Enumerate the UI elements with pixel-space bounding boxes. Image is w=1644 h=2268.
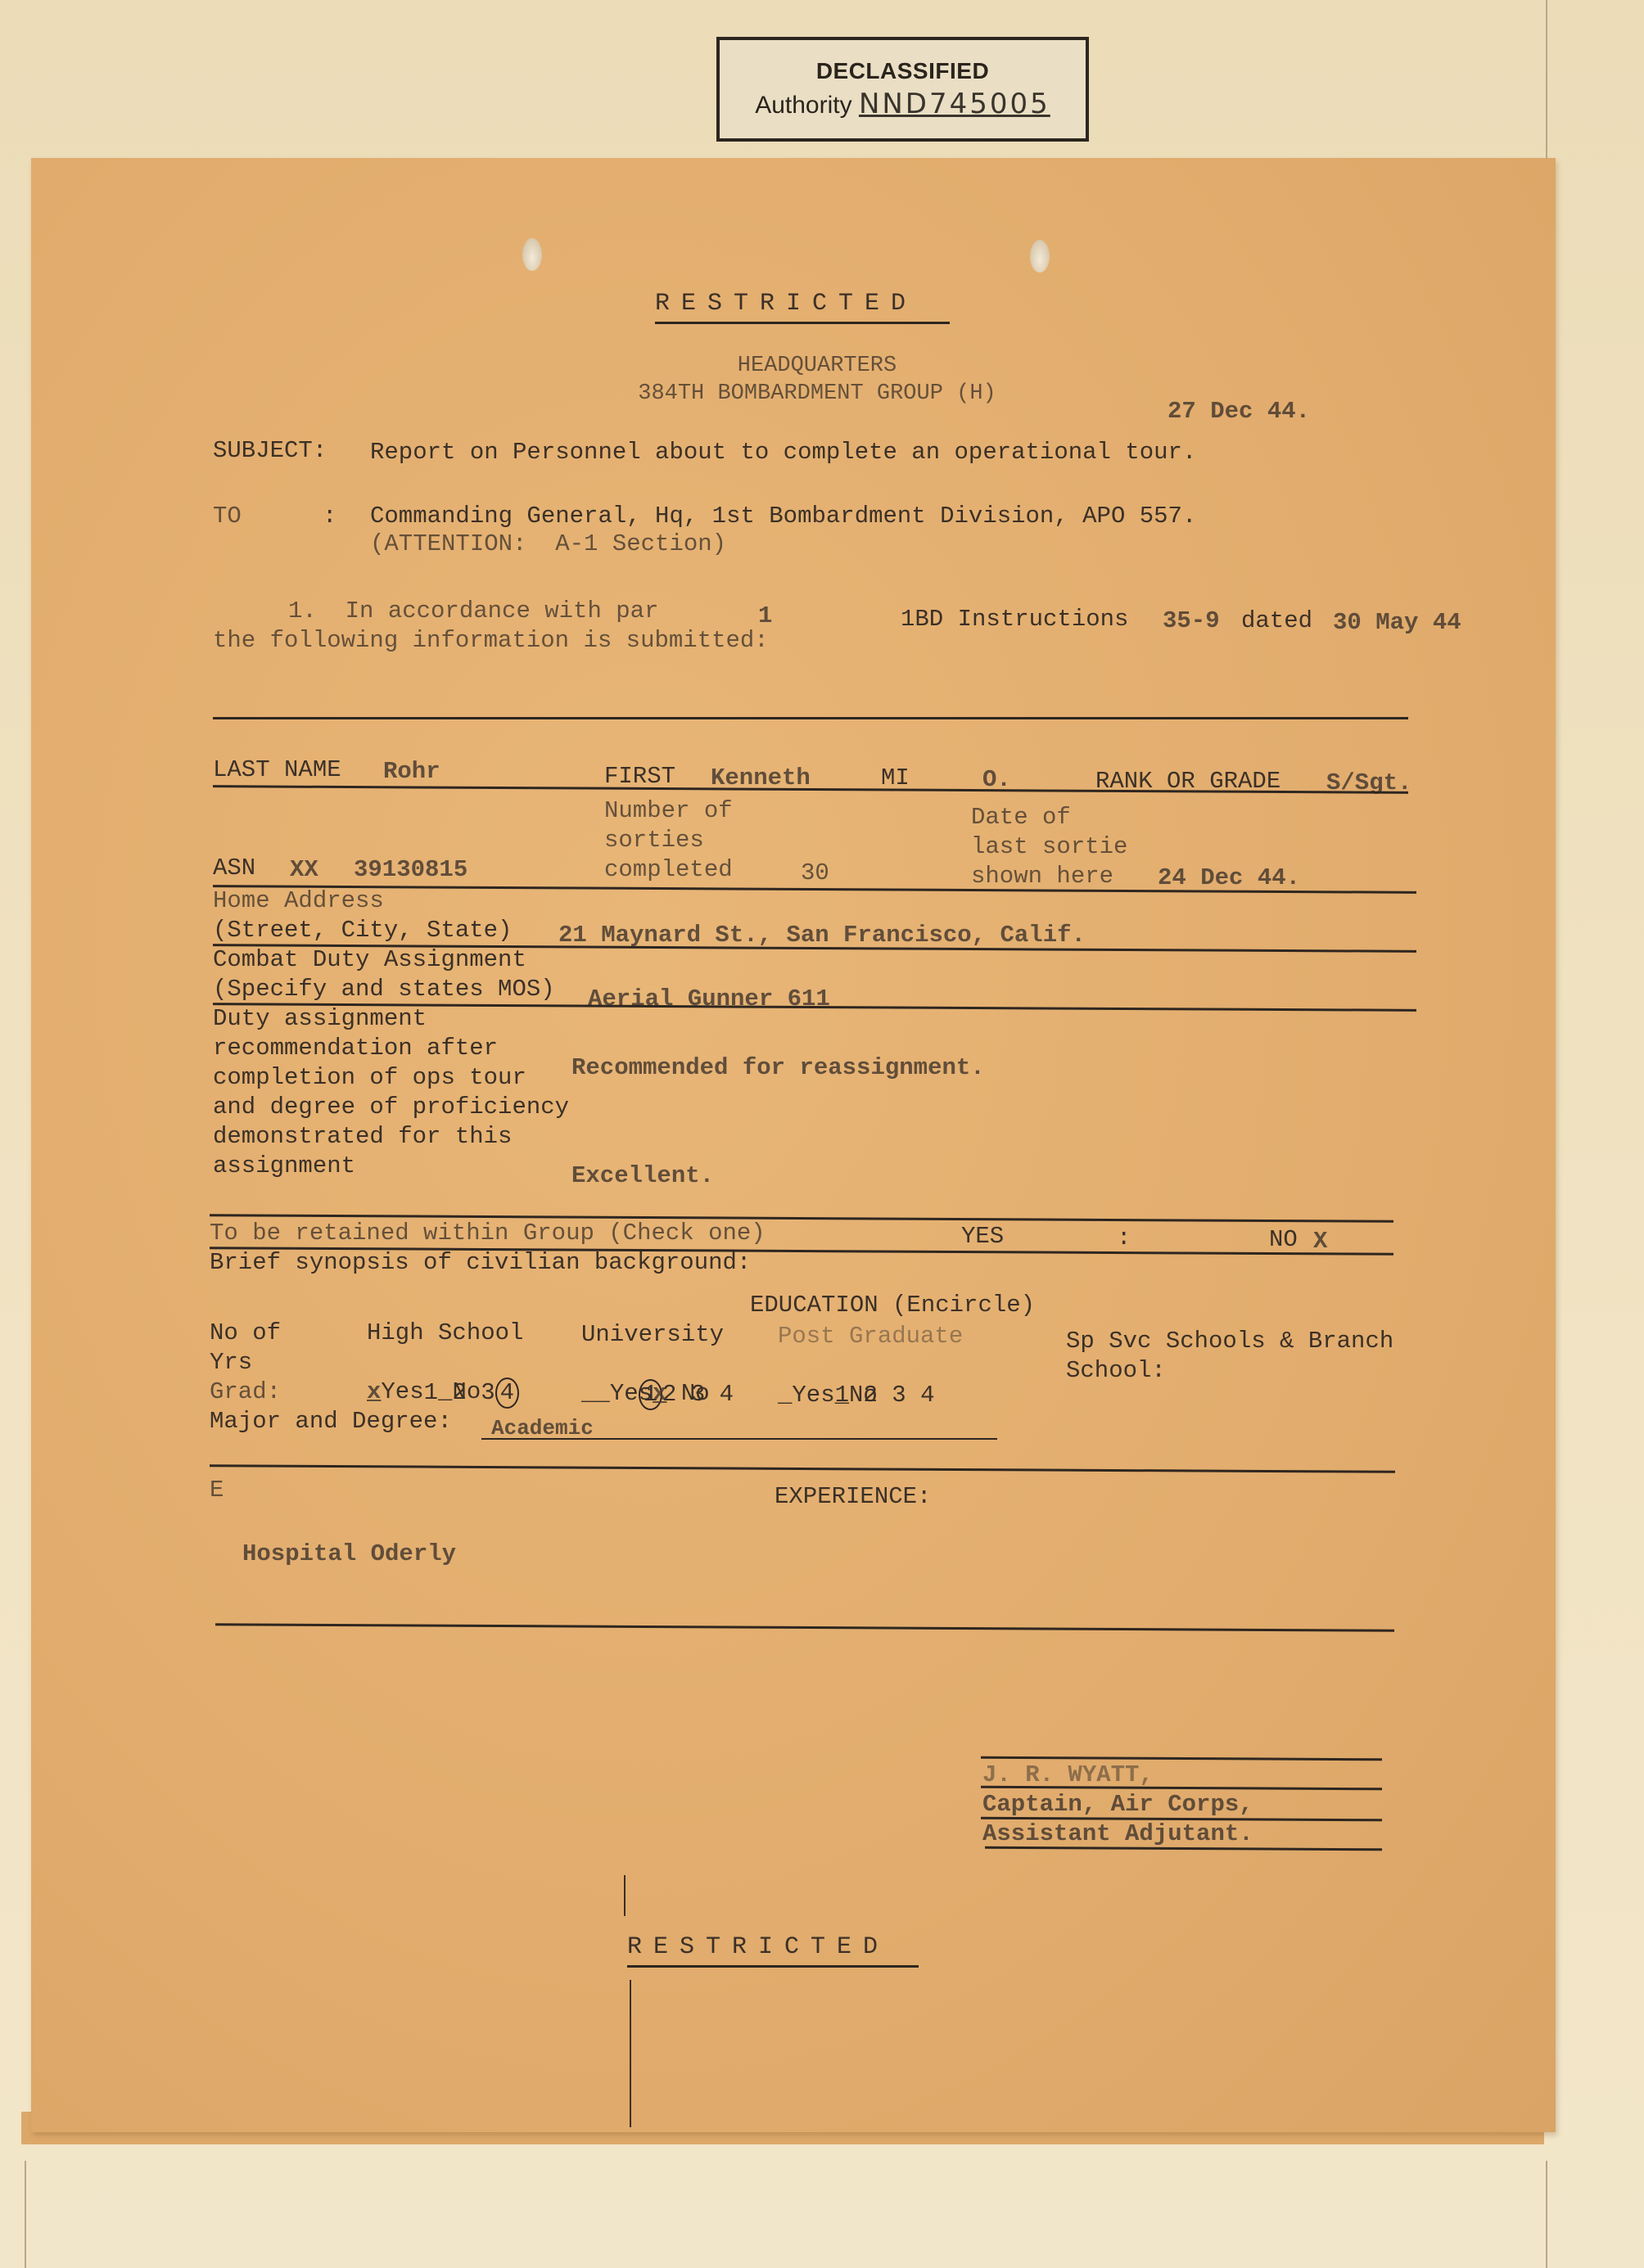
education-title: EDUCATION (Encircle) <box>750 1291 1035 1320</box>
pg-grad: _Yes_No <box>778 1381 878 1410</box>
experience-top-rule <box>210 1464 1395 1473</box>
high-school-label: High School <box>367 1319 523 1348</box>
org-line-1: HEADQUARTERS <box>653 351 981 381</box>
asn-label: ASN <box>213 854 255 883</box>
duty-label-6: assignment <box>213 1152 355 1181</box>
experience-value: Hospital Oderly <box>242 1540 456 1569</box>
punch-hole <box>1030 240 1050 273</box>
signature-title-1: Captain, Air Corps, <box>982 1790 1253 1819</box>
footer-underline <box>627 1965 919 1968</box>
pg-year-3: 3 <box>892 1382 906 1409</box>
combat-duty-value: Aerial Gunner 611 <box>588 985 830 1014</box>
combat-duty-label-2: (Specify and states MOS) <box>213 975 555 1004</box>
sorties-label-3: completed <box>604 855 733 885</box>
sorties-value: 30 <box>801 859 829 888</box>
stamp-title: DECLASSIFIED <box>720 58 1086 84</box>
last-name-value: Rohr <box>383 757 440 787</box>
duty-label-1: Duty assignment <box>213 1004 427 1034</box>
stamp-authority-label: Authority <box>755 92 851 119</box>
univ-grad-no-label: No <box>681 1380 710 1407</box>
org-line-2: 384TH BOMBARDMENT GROUP (H) <box>571 379 1063 408</box>
univ-grad-no-mark: x <box>653 1380 666 1407</box>
hs-grad-yes-label: Yes <box>381 1378 423 1405</box>
last-name-label: LAST NAME <box>213 755 341 785</box>
signature-rule-4 <box>985 1846 1382 1851</box>
stamp-authority: Authority NND745005 <box>720 88 1086 120</box>
experience-label: EXPERIENCE: <box>775 1482 931 1512</box>
university-label: University <box>581 1320 724 1350</box>
backing-edge-line <box>1546 0 1547 176</box>
form-top-rule <box>213 717 1408 719</box>
asn-value: 39130815 <box>354 855 467 885</box>
signature-title-2: Assistant Adjutant. <box>982 1819 1253 1849</box>
classification-underline <box>655 322 950 324</box>
stamp-authority-value: NND745005 <box>859 88 1050 120</box>
recommendation-value: Recommended for reassignment. <box>571 1053 985 1083</box>
sorties-label-1: Number of <box>604 796 733 826</box>
retain-yes-label: YES <box>961 1222 1004 1251</box>
classification-header: RESTRICTED <box>655 289 917 318</box>
hs-year-3: 3 <box>481 1379 495 1406</box>
document-date: 27 Dec 44. <box>1168 397 1310 426</box>
experience-e-marker: E <box>210 1476 224 1505</box>
post-graduate-label: Post Graduate <box>778 1322 963 1351</box>
major-degree-rule <box>481 1438 997 1440</box>
backing-edge-line <box>1546 2161 1547 2268</box>
to-colon: : <box>323 502 336 531</box>
univ-grad: __Yesx No <box>581 1379 710 1409</box>
last-sortie-label-3: shown here <box>971 862 1113 891</box>
last-sortie-label-1: Date of <box>971 803 1071 832</box>
univ-grad-yes-label: Yes <box>610 1380 653 1407</box>
hs-grad: xYes _No <box>367 1377 481 1407</box>
instructions-label: 1BD Instructions <box>901 605 1128 634</box>
subject-label: SUBJECT: <box>213 436 327 466</box>
backing-edge-line <box>25 2161 26 2268</box>
combat-duty-label-1: Combat Duty Assignment <box>213 945 526 975</box>
pg-grad-no-label: No <box>849 1382 878 1409</box>
retain-colon: : <box>1117 1224 1131 1253</box>
duty-label-5: demonstrated for this <box>213 1122 512 1152</box>
subject-text: Report on Personnel about to complete an… <box>370 438 1196 467</box>
punch-hole <box>522 238 542 271</box>
margin-tick <box>624 1875 626 1916</box>
last-sortie-value: 24 Dec 44. <box>1158 863 1300 893</box>
classification-footer: RESTRICTED <box>627 1932 889 1962</box>
to-line-2: (ATTENTION: A-1 Section) <box>370 530 726 559</box>
home-address-label-2: (Street, City, State) <box>213 916 512 945</box>
last-sortie-label-2: last sortie <box>971 832 1127 862</box>
hs-grad-yes-mark: x <box>367 1378 381 1405</box>
retain-no-label: NO <box>1269 1225 1298 1255</box>
paragraph-line-2: the following information is submitted: <box>213 626 769 656</box>
instruction-number: 35-9 <box>1163 606 1220 636</box>
duty-label-2: recommendation after <box>213 1034 498 1063</box>
dated-label: dated <box>1241 606 1312 636</box>
sp-svc-label-2: School: <box>1066 1356 1166 1386</box>
synopsis-label: Brief synopsis of civilian background: <box>210 1248 751 1278</box>
duty-label-3: completion of ops tour <box>213 1063 526 1093</box>
document-page: RESTRICTED HEADQUARTERS 384TH BOMBARDMEN… <box>31 158 1556 2132</box>
declassified-stamp: DECLASSIFIED Authority NND745005 <box>716 37 1089 142</box>
duty-label-4: and degree of proficiency <box>213 1093 569 1122</box>
yrs-label: Yrs <box>210 1348 252 1377</box>
sp-svc-label-1: Sp Svc Schools & Branch <box>1066 1327 1393 1356</box>
dated-value: 30 May 44 <box>1333 608 1461 638</box>
proficiency-value: Excellent. <box>571 1161 714 1191</box>
hs-grad-no-label: No <box>452 1378 481 1405</box>
sorties-label-2: sorties <box>604 826 704 855</box>
paragraph-prefix: 1. In accordance with par <box>288 597 658 626</box>
to-line-1: Commanding General, Hq, 1st Bombardment … <box>370 502 1196 531</box>
asn-prefix: XX <box>290 855 318 885</box>
hs-year-4-circled: 4 <box>495 1377 519 1409</box>
pg-year-4: 4 <box>920 1382 934 1409</box>
margin-line <box>630 1980 631 2127</box>
pg-grad-yes-label: Yes <box>792 1382 834 1409</box>
to-label: TO <box>213 502 242 531</box>
univ-year-4: 4 <box>720 1381 734 1408</box>
grad-label: Grad: <box>210 1377 281 1407</box>
home-address-label-1: Home Address <box>213 886 384 916</box>
major-degree-label: Major and Degree: <box>210 1407 452 1436</box>
experience-bottom-rule <box>215 1623 1394 1632</box>
no-of-label: No of <box>210 1319 281 1348</box>
retain-label: To be retained within Group (Check one) <box>210 1219 766 1248</box>
